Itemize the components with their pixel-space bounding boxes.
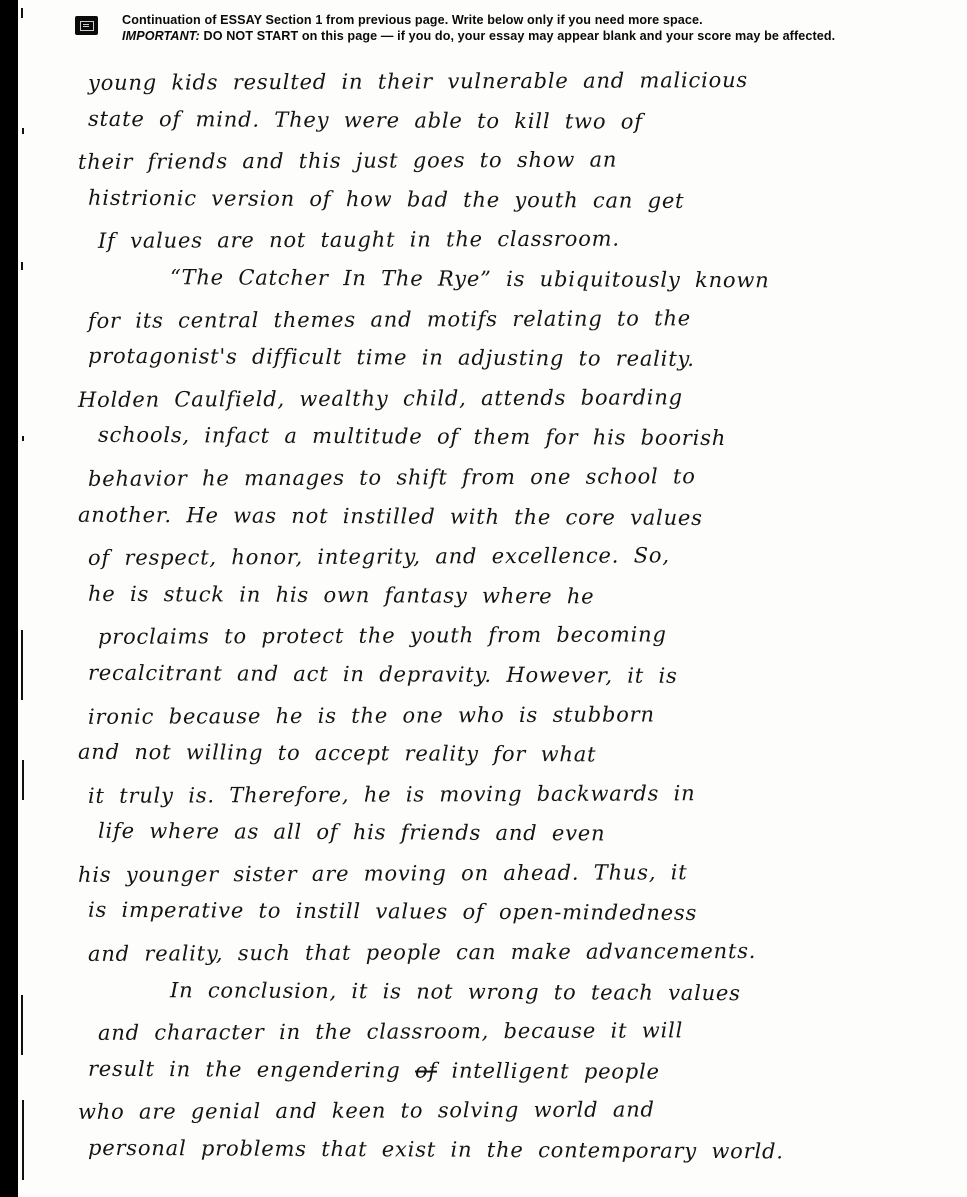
handwritten-line: In conclusion, it is not wrong to teach … [78, 970, 951, 1014]
page-marker-icon [75, 16, 98, 35]
handwritten-line: their friends and this just goes to show… [78, 139, 951, 182]
page-header: Continuation of ESSAY Section 1 from pre… [75, 12, 957, 44]
scanned-essay-page: Continuation of ESSAY Section 1 from pre… [0, 0, 967, 1197]
important-label: IMPORTANT: [122, 29, 200, 43]
header-line1: Continuation of ESSAY Section 1 from pre… [122, 12, 835, 28]
handwritten-line: his younger sister are moving on ahead. … [78, 852, 951, 895]
handwritten-line: who are genial and keen to solving world… [78, 1090, 951, 1133]
header-line2: IMPORTANT: DO NOT START on this page — i… [122, 28, 835, 44]
handwritten-line: proclaims to protect the youth from beco… [98, 614, 951, 657]
scan-edge-bar [0, 0, 18, 1197]
handwritten-line: behavior he manages to shift from one sc… [88, 456, 951, 499]
handwritten-line: he is stuck in his own fantasy where he [88, 574, 951, 618]
handwritten-line: “The Catcher In The Rye” is ubiquitously… [78, 258, 951, 302]
handwritten-line: personal problems that exist in the cont… [88, 1129, 951, 1173]
handwritten-line: schools, infact a multitude of them for … [98, 416, 951, 460]
handwritten-line: another. He was not instilled with the c… [78, 495, 951, 539]
handwritten-line: is imperative to instill values of open-… [88, 891, 951, 935]
struck-word: of [415, 1058, 437, 1082]
handwritten-line: Holden Caulfield, wealthy child, attends… [78, 377, 951, 420]
handwritten-line: ironic because he is the one who is stub… [88, 694, 951, 737]
scan-artifact-tick [21, 8, 23, 18]
handwritten-line: If values are not taught in the classroo… [98, 219, 951, 262]
handwritten-line: young kids resulted in their vulnerable … [88, 60, 951, 103]
handwritten-line: life where as all of his friends and eve… [98, 812, 951, 856]
handwritten-line: it truly is. Therefore, he is moving bac… [88, 773, 951, 816]
handwritten-line: state of mind. They were able to kill tw… [88, 99, 951, 143]
handwritten-essay: young kids resulted in their vulnerable … [18, 62, 967, 1171]
handwritten-line: for its central themes and motifs relati… [88, 298, 951, 341]
header-line2-rest: DO NOT START on this page — if you do, y… [200, 29, 835, 43]
handwritten-line: and not willing to accept reality for wh… [78, 733, 951, 777]
header-instructions: Continuation of ESSAY Section 1 from pre… [122, 12, 835, 44]
line-text-pre: result in the engendering [88, 1057, 415, 1083]
handwritten-line: of respect, honor, integrity, and excell… [88, 535, 951, 578]
handwritten-line: and reality, such that people can make a… [88, 931, 951, 974]
handwritten-line: protagonist's difficult time in adjustin… [88, 337, 951, 381]
line-text-post: intelligent people [437, 1058, 660, 1083]
handwritten-line: recalcitrant and act in depravity. Howev… [88, 654, 951, 698]
handwritten-line: and character in the classroom, because … [98, 1010, 951, 1053]
handwritten-line-with-strikethrough: result in the engendering of intelligent… [88, 1050, 951, 1094]
handwritten-line: histrionic version of how bad the youth … [88, 179, 951, 223]
